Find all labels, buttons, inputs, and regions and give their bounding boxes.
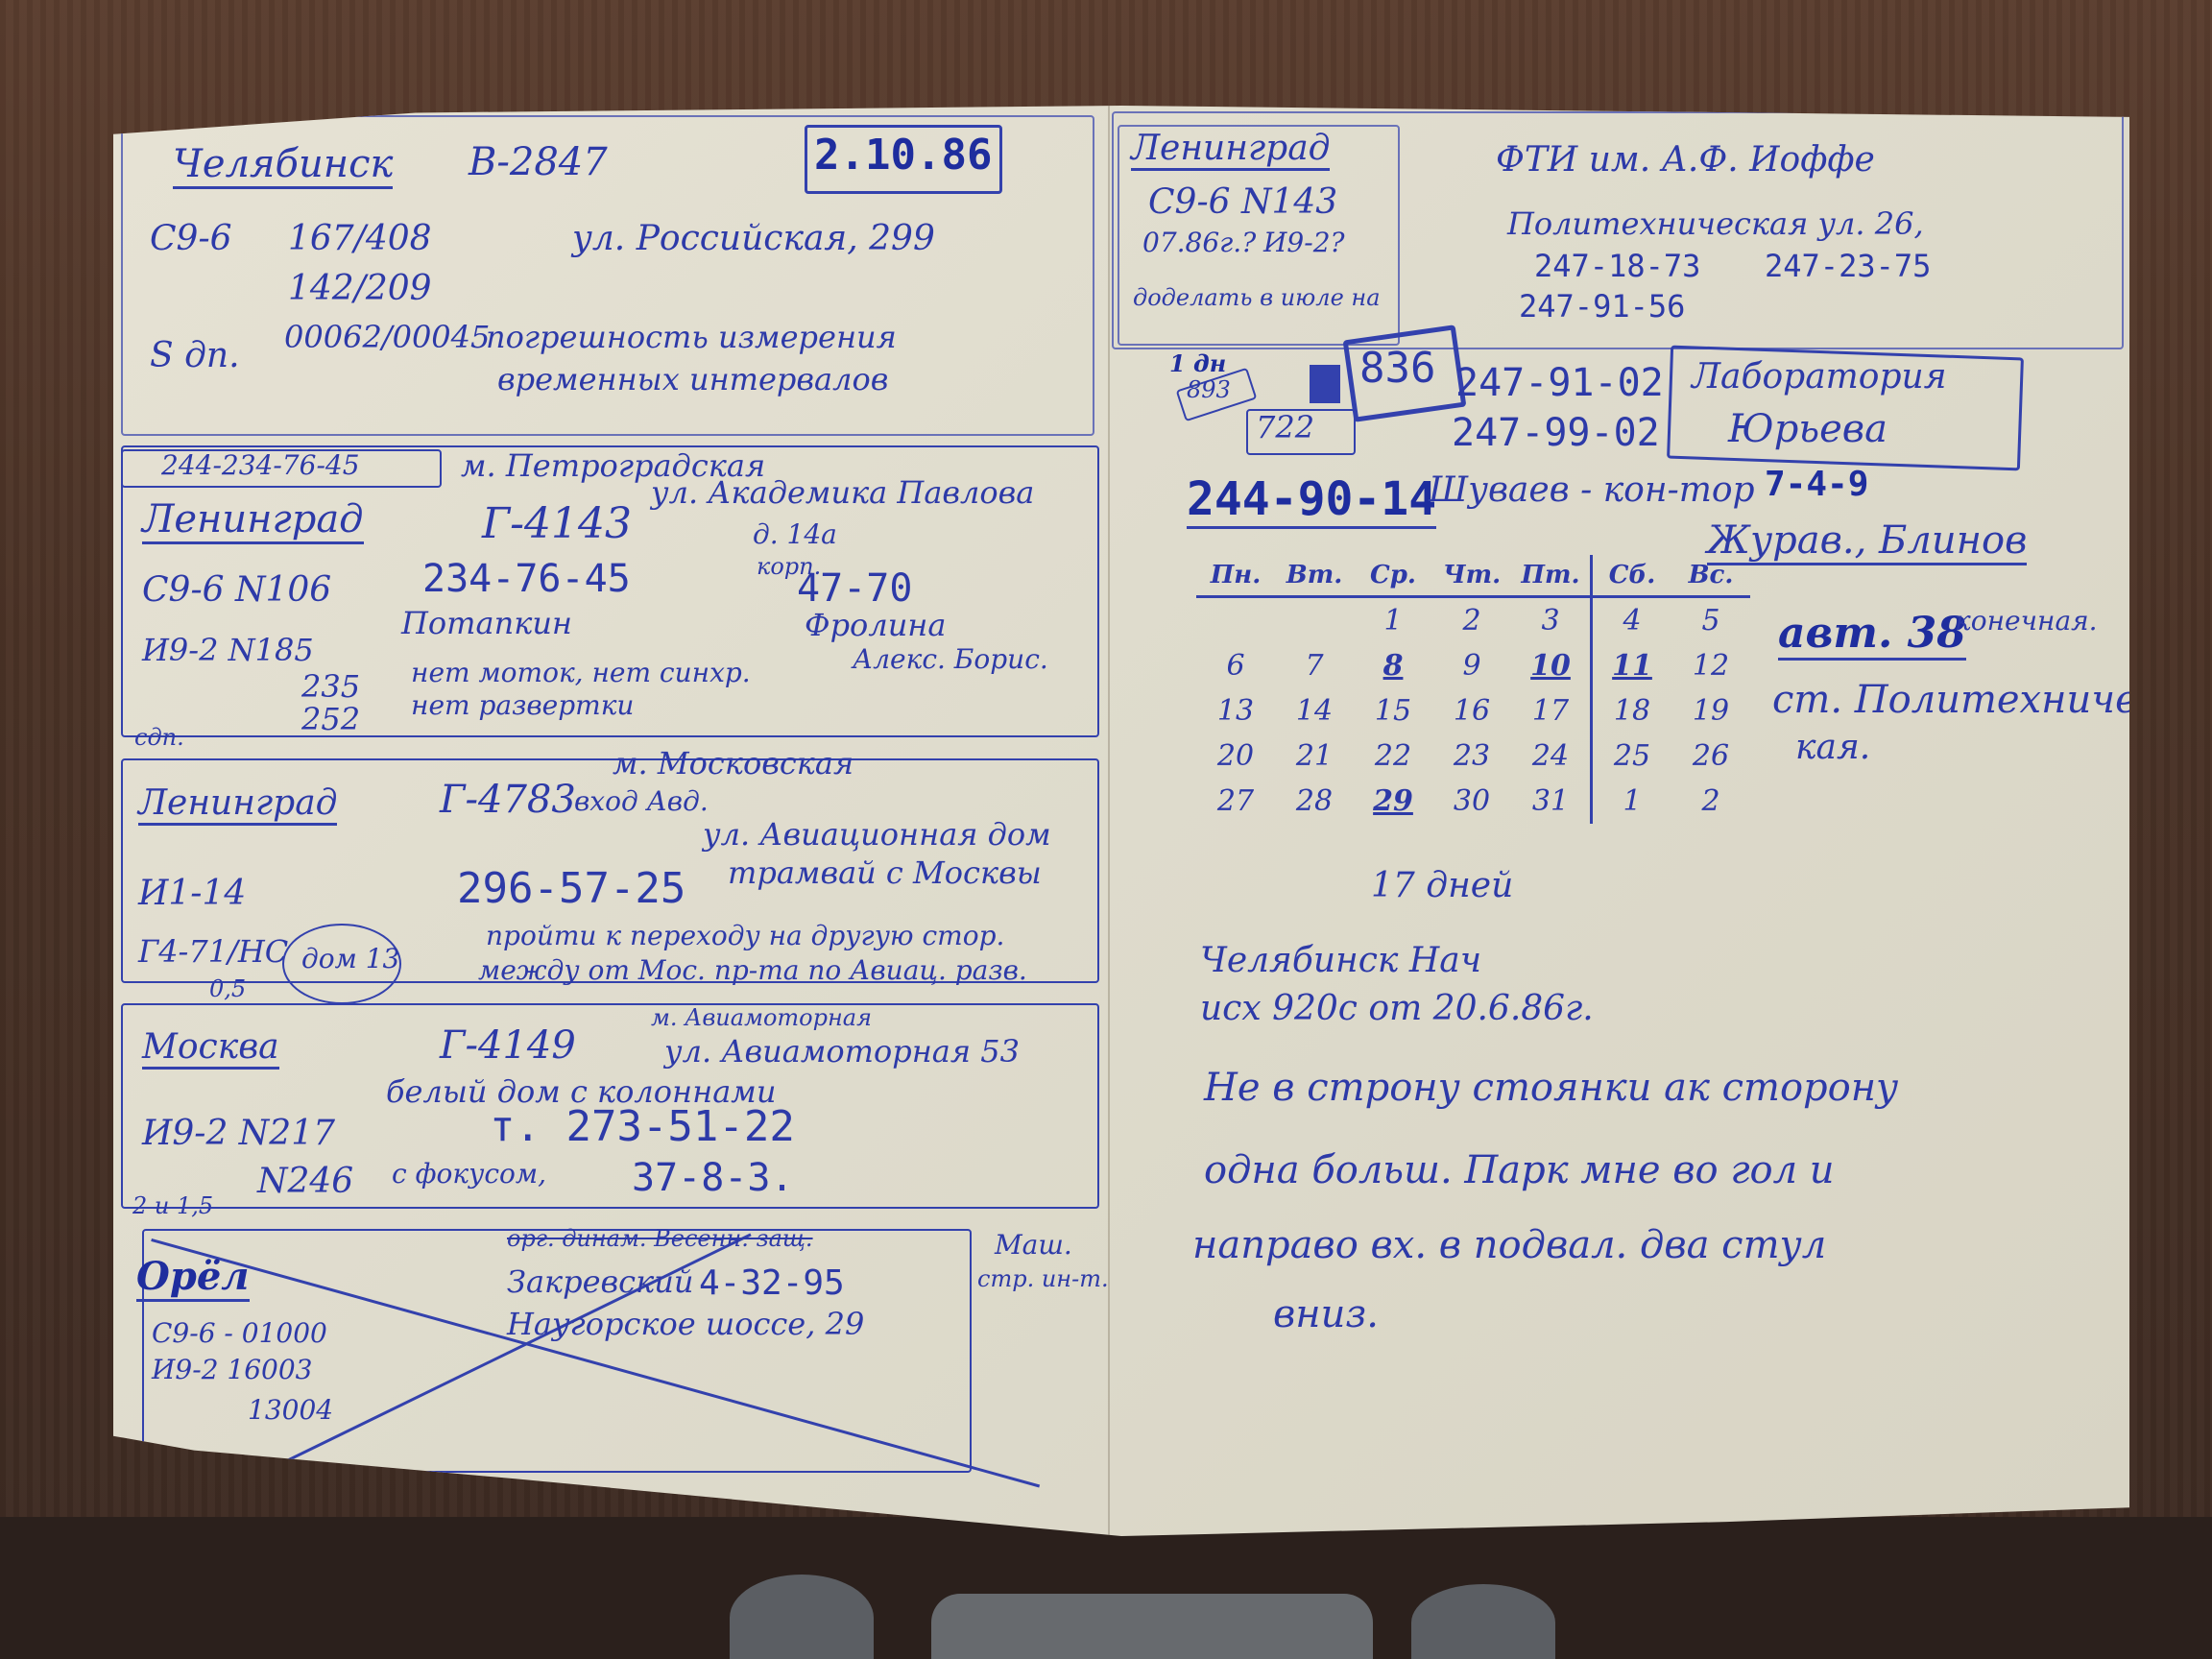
code: Г-4783 xyxy=(440,778,576,822)
city-orel: Орёл xyxy=(136,1254,250,1302)
note-line-3: направо вх. в подвал. два стул xyxy=(1192,1223,1826,1267)
calendar-day: 8 xyxy=(1354,643,1432,688)
bus-route: авт. 38 xyxy=(1778,609,1966,661)
struck-note: орг. динам. Весенн. защ. xyxy=(507,1225,813,1252)
device-2: И9-2 N185 xyxy=(142,632,314,668)
address: Наугорское шоссе, 29 xyxy=(507,1306,864,1342)
calendar-header: Пт. xyxy=(1511,555,1592,597)
note-line-2: временных интервалов xyxy=(497,361,888,397)
calendar-week: 20212223242526 xyxy=(1196,733,1750,779)
calendar-day: 25 xyxy=(1592,733,1672,779)
device-question: И9-2? xyxy=(1263,227,1345,258)
note-2: между от Мос. пр-та по Авиац. разв. xyxy=(478,954,1027,986)
contact-aleks: Алекс. Борис. xyxy=(853,643,1048,675)
small-box-2: 722 xyxy=(1256,409,1314,445)
calendar-header: Пн. xyxy=(1196,555,1275,597)
phone: 4-32-95 xyxy=(699,1263,845,1303)
struck-phone: 244-234-76-45 xyxy=(161,449,360,481)
calendar-day: 27 xyxy=(1196,779,1275,824)
calendar-day: 17 xyxy=(1511,688,1592,733)
calendar-header: Ср. xyxy=(1354,555,1432,597)
calendar-day: 21 xyxy=(1275,733,1354,779)
calendar-week: 6789101112 xyxy=(1196,643,1750,688)
code: Г-4143 xyxy=(482,499,632,548)
serial-1: 167/408 xyxy=(288,219,432,258)
device: С9-6 xyxy=(150,219,232,258)
calendar-day: 1 xyxy=(1592,779,1672,824)
s-values: 00062/00045 xyxy=(284,319,490,355)
phone-1: 247-91-02 xyxy=(1455,361,1664,405)
filled-square xyxy=(1310,365,1340,403)
s-label: S дп. xyxy=(150,336,240,375)
serial-235: 235 xyxy=(301,668,360,705)
note: с фокусом, xyxy=(392,1158,546,1190)
institute: ФТИ им. А.Ф. Иоффе xyxy=(1496,140,1875,180)
small-note: 1 дн xyxy=(1169,349,1226,377)
note-line-1: Не в строну стоянки ак сторону xyxy=(1204,1066,1898,1110)
stop-2: кая. xyxy=(1795,728,1870,767)
calendar-day: 6 xyxy=(1196,643,1275,688)
calendar-header: Сб. xyxy=(1592,555,1672,597)
device-2: Г4-71/НС xyxy=(138,933,288,970)
shoe-right xyxy=(1411,1584,1555,1659)
address: ул. Российская, 299 xyxy=(572,219,935,258)
side-note-1: Маш. xyxy=(995,1229,1072,1261)
calendar-day: 5 xyxy=(1671,597,1750,644)
serial-2: 142/209 xyxy=(288,269,432,308)
calendar: Пн.Вт.Ср.Чт.Пт.Сб.Вс. 123456789101112131… xyxy=(1196,555,1750,824)
city-leningrad: Ленинград xyxy=(142,497,364,544)
calendar-day: 23 xyxy=(1432,733,1511,779)
calendar-table: Пн.Вт.Ср.Чт.Пт.Сб.Вс. 123456789101112131… xyxy=(1196,555,1750,824)
contact-frolina: Фролина xyxy=(805,607,946,643)
contact: Шуваев - кон-тор xyxy=(1429,470,1755,510)
calendar-day: 10 xyxy=(1511,643,1592,688)
value: 0,5 xyxy=(209,975,246,1002)
calendar-day: 18 xyxy=(1592,688,1672,733)
circled-house: дом 13 xyxy=(301,943,399,974)
device-3: 13004 xyxy=(248,1394,333,1426)
stop-1: ст. Политехничес- xyxy=(1772,678,2173,722)
big-box-number: 836 xyxy=(1359,344,1435,393)
metro: м. Московская xyxy=(613,745,854,781)
footnote: 2 и 1,5 xyxy=(132,1192,213,1219)
small-box-1: 893 xyxy=(1187,376,1231,403)
phone: т. 273-51-22 xyxy=(490,1102,795,1151)
calendar-day: 2 xyxy=(1671,779,1750,824)
note-top: вход Авд. xyxy=(574,785,709,817)
calendar-day: 16 xyxy=(1432,688,1511,733)
calendar-day: 12 xyxy=(1671,643,1750,688)
ext: 37-8-3. xyxy=(632,1156,794,1200)
house: д. 14а xyxy=(753,518,837,550)
calendar-day: 24 xyxy=(1511,733,1592,779)
street: ул. Авиамоторная 53 xyxy=(664,1033,1020,1070)
note-ref: исх 920с от 20.6.86г. xyxy=(1200,989,1594,1028)
date-box: 2.10.86 xyxy=(814,131,992,180)
note-line-2: одна больш. Парк мне во гол и xyxy=(1204,1148,1835,1192)
code: В-2847 xyxy=(469,140,608,184)
shoe-left xyxy=(730,1575,874,1659)
bus-note: конечная. xyxy=(1955,605,2098,637)
street: ул. Авиационная дом xyxy=(703,816,1051,853)
calendar-day xyxy=(1196,597,1275,644)
lab-line-1: Лаборатория xyxy=(1692,357,1947,397)
date-note: 07.86г.? xyxy=(1142,227,1256,258)
calendar-day: 14 xyxy=(1275,688,1354,733)
calendar-summary: 17 дней xyxy=(1371,866,1513,905)
city-chelyabinsk: Челябинск xyxy=(173,142,393,189)
device: И9-2 N217 xyxy=(142,1114,335,1153)
calendar-week: 13141516171819 xyxy=(1196,688,1750,733)
note-2: нет развертки xyxy=(411,689,634,721)
calendar-day: 22 xyxy=(1354,733,1432,779)
calendar-week: 272829303112 xyxy=(1196,779,1750,824)
calendar-day: 1 xyxy=(1354,597,1432,644)
phone-2: 247-99-02 xyxy=(1452,411,1660,455)
calendar-day: 31 xyxy=(1511,779,1592,824)
contact-potapkin: Потапкин xyxy=(401,605,572,641)
note-line-4: вниз. xyxy=(1273,1292,1379,1336)
device-1: С9-6 - 01000 xyxy=(152,1317,327,1349)
phone: 234-76-45 xyxy=(422,557,631,601)
footnote: сдп. xyxy=(134,724,184,751)
street-2: трамвай с Москвы xyxy=(728,854,1042,891)
calendar-day: 29 xyxy=(1354,779,1432,824)
device-2: И9-2 16003 xyxy=(152,1354,312,1385)
phone-2: 247-23-75 xyxy=(1765,248,1931,284)
contact: Закревский xyxy=(507,1263,693,1300)
device-1: С9-6 N106 xyxy=(142,570,331,610)
city-leningrad-2: Ленинград xyxy=(138,783,337,826)
calendar-day: 9 xyxy=(1432,643,1511,688)
ext: 7-4-9 xyxy=(1765,465,1868,504)
names: Журав., Блинов xyxy=(1707,518,2027,565)
note-1: пройти к переходу на другую стор. xyxy=(486,920,1004,951)
calendar-day: 13 xyxy=(1196,688,1275,733)
city-moscow: Москва xyxy=(142,1027,279,1070)
note: доделать в июле на xyxy=(1133,284,1381,311)
calendar-day: 2 xyxy=(1432,597,1511,644)
side-note-2: стр. ин-т. xyxy=(977,1265,1109,1292)
street: ул. Академика Павлова xyxy=(651,474,1034,511)
calendar-day: 3 xyxy=(1511,597,1592,644)
note-title: Челябинск Нач xyxy=(1200,941,1481,980)
phone: 296-57-25 xyxy=(457,864,685,913)
code: Г-4149 xyxy=(440,1023,576,1068)
calendar-header: Чт. xyxy=(1432,555,1511,597)
main-phone: 244-90-14 xyxy=(1187,472,1436,529)
device-2: N246 xyxy=(257,1162,353,1201)
note-1: нет моток, нет синхр. xyxy=(411,657,751,688)
device: С9-6 N143 xyxy=(1148,182,1337,222)
calendar-week: 12345 xyxy=(1196,597,1750,644)
metro: м. Авиамоторная xyxy=(651,1004,872,1031)
calendar-day: 26 xyxy=(1671,733,1750,779)
address: Политехническая ул. 26, xyxy=(1507,205,1924,242)
serial-252: 252 xyxy=(301,701,360,737)
calendar-day: 7 xyxy=(1275,643,1354,688)
calendar-day: 11 xyxy=(1592,643,1672,688)
city-leningrad: Ленинград xyxy=(1131,129,1330,171)
calendar-header: Вс. xyxy=(1671,555,1750,597)
note-line-1: погрешность измерения xyxy=(486,319,897,355)
calendar-day: 20 xyxy=(1196,733,1275,779)
paper-fold xyxy=(1108,106,1110,1536)
handwritten-document: Челябинск В-2847 2.10.86 С9-6 167/408 14… xyxy=(113,106,2129,1536)
stool-top xyxy=(931,1594,1373,1659)
ext: 47-70 xyxy=(797,566,912,611)
calendar-day: 30 xyxy=(1432,779,1511,824)
phone-1: 247-18-73 xyxy=(1534,248,1700,284)
calendar-day: 15 xyxy=(1354,688,1432,733)
calendar-header: Вт. xyxy=(1275,555,1354,597)
calendar-day xyxy=(1275,597,1354,644)
lab-line-2: Юрьева xyxy=(1728,407,1887,451)
device: И1-14 xyxy=(138,874,246,913)
calendar-day: 28 xyxy=(1275,779,1354,824)
calendar-day: 19 xyxy=(1671,688,1750,733)
phone-3: 247-91-56 xyxy=(1519,288,1685,325)
calendar-day: 4 xyxy=(1592,597,1672,644)
